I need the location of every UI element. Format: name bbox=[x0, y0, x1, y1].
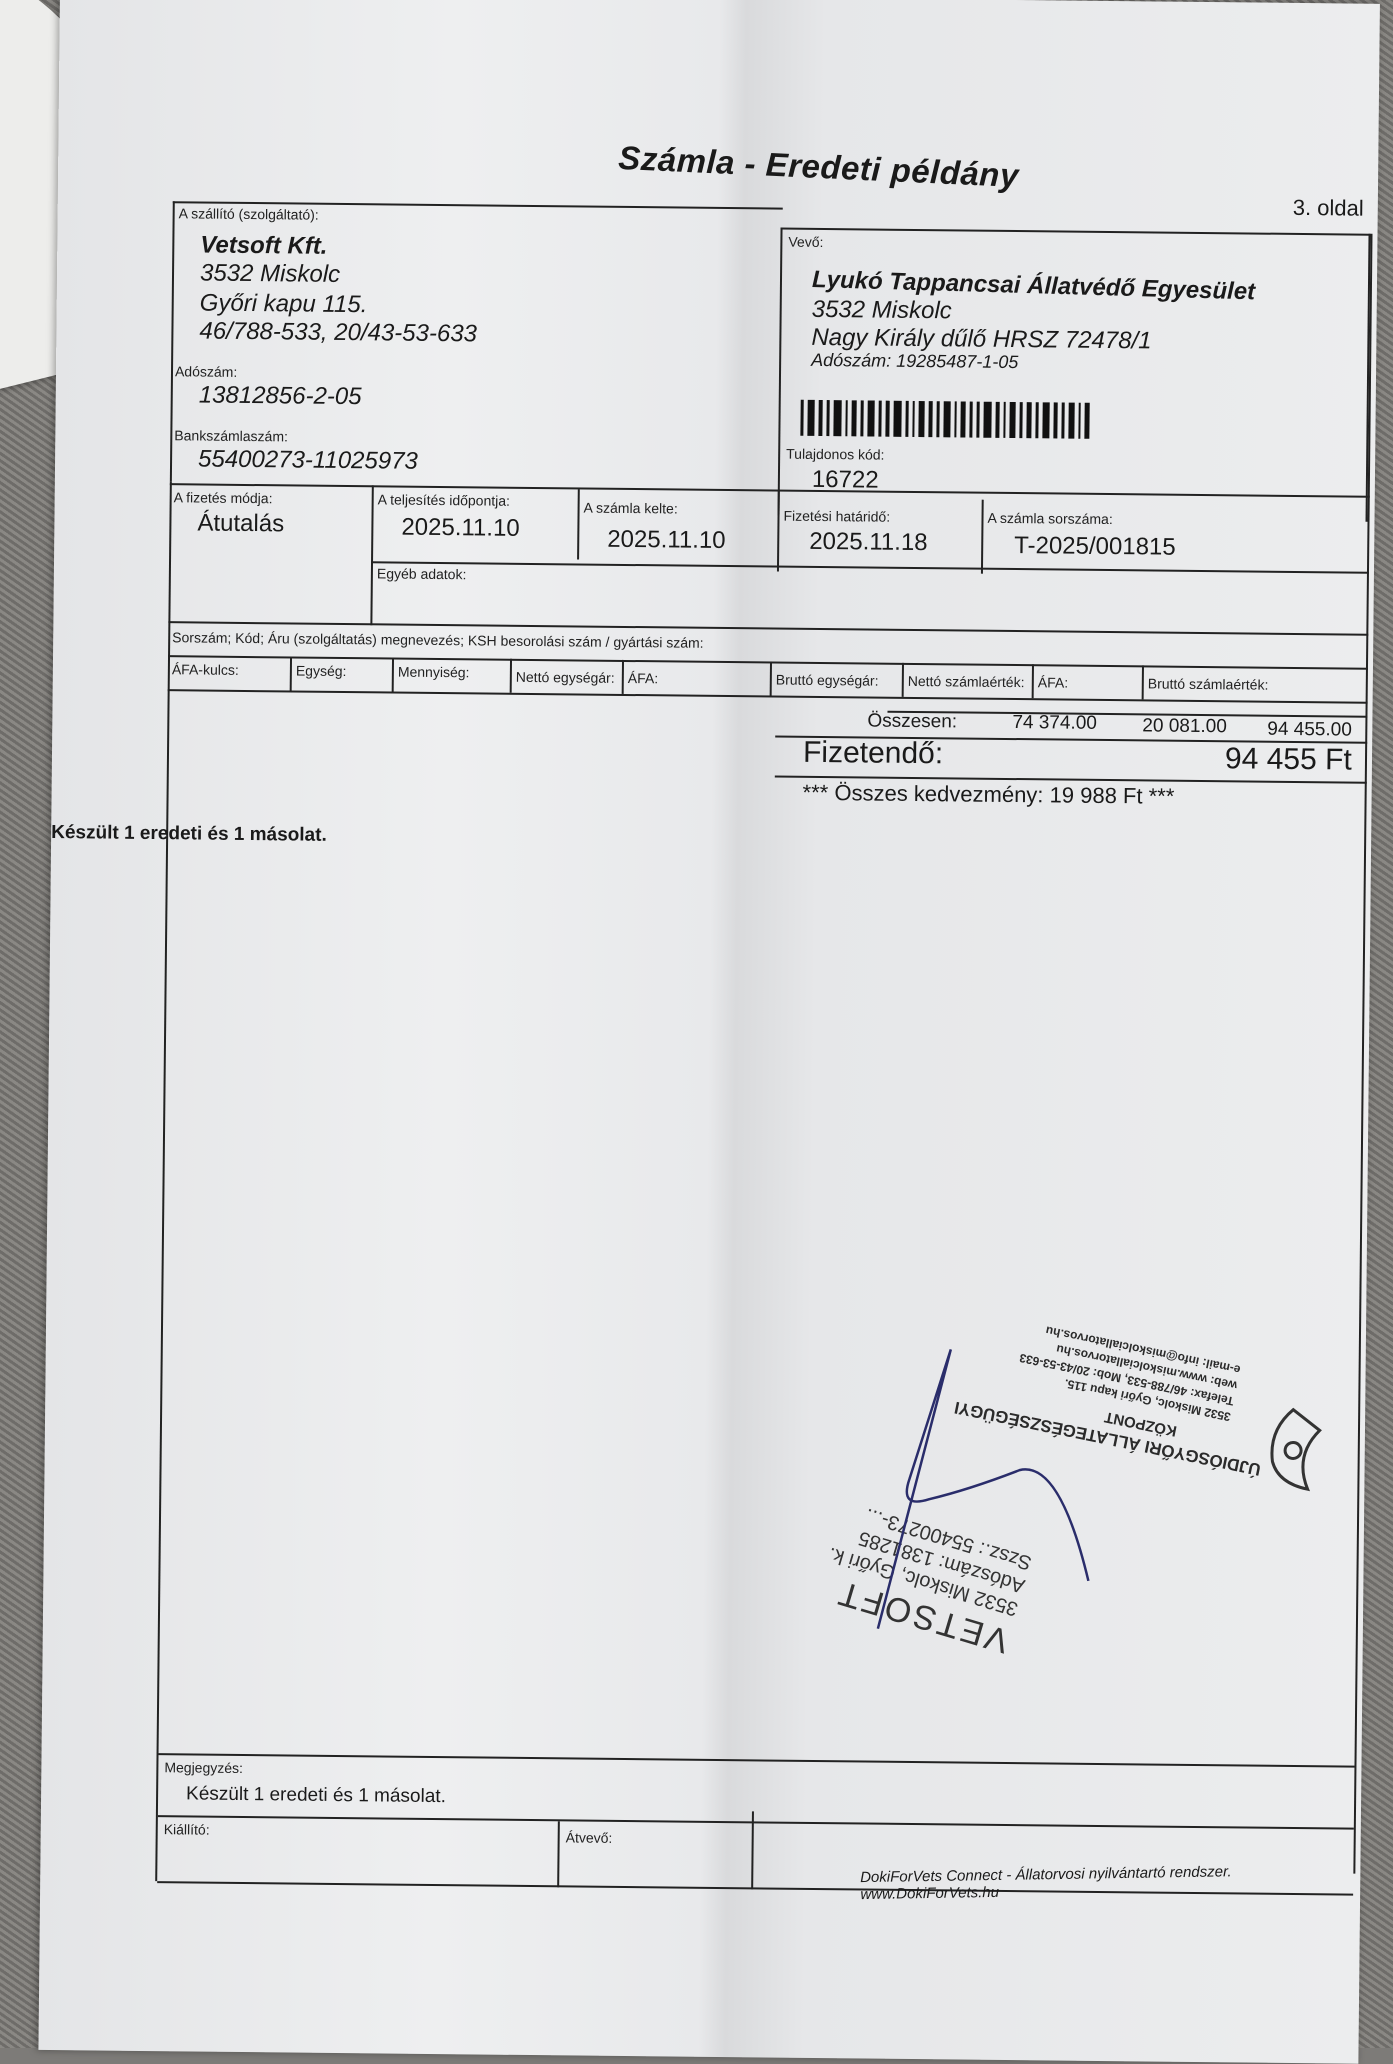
invoice-sheet: Számla - Eredeti példány 3. oldal A szál… bbox=[38, 0, 1379, 2048]
due-date-label: Fizetési határidő: bbox=[783, 508, 890, 525]
column-divider bbox=[622, 660, 624, 694]
divider bbox=[577, 489, 580, 559]
column-divider bbox=[510, 659, 512, 693]
invoice-title: Számla - Eredeti példány bbox=[618, 139, 1020, 195]
totals-gross: 94 455.00 bbox=[1267, 719, 1352, 742]
divider bbox=[370, 485, 373, 625]
items-columns-top bbox=[168, 655, 1368, 670]
remarks-label: Megjegyzés: bbox=[164, 1759, 243, 1776]
other-data-label: Egyéb adatok: bbox=[377, 565, 467, 582]
divider bbox=[981, 500, 984, 574]
table-left-border bbox=[155, 481, 172, 1881]
column-header: ÁFA-kulcs: bbox=[172, 661, 239, 678]
remarks-top bbox=[159, 1753, 1355, 1768]
column-divider bbox=[392, 658, 394, 692]
meta-row-bottom bbox=[371, 561, 1369, 573]
due-date: 2025.11.18 bbox=[809, 528, 928, 557]
column-divider bbox=[1032, 664, 1034, 698]
page-number: 3. oldal bbox=[1293, 195, 1364, 222]
column-header: Nettó egységár: bbox=[516, 669, 615, 686]
items-description-header: Sorszám; Kód; Áru (szolgáltatás) megneve… bbox=[172, 629, 704, 651]
remarks-text: Készült 1 eredeti és 1 másolat. bbox=[186, 1783, 446, 1808]
column-divider bbox=[290, 656, 292, 690]
owner-code-label: Tulajdonos kód: bbox=[786, 446, 884, 463]
payable-label: Fizetendő: bbox=[803, 736, 943, 771]
column-header: ÁFA: bbox=[628, 670, 659, 686]
barcode bbox=[800, 400, 1089, 439]
invoice-serial: T-2025/001815 bbox=[1014, 532, 1176, 562]
totals-vat: 20 081.00 bbox=[1142, 715, 1227, 738]
column-header: Nettó számlaérték: bbox=[908, 673, 1025, 690]
seller-tax-label: Adószám: bbox=[175, 363, 237, 380]
column-header: Bruttó egységár: bbox=[776, 672, 879, 689]
issue-date: 2025.11.10 bbox=[607, 526, 726, 555]
payable-amount: 94 455 Ft bbox=[1225, 742, 1352, 777]
seller-name: Vetsoft Kft. bbox=[200, 231, 327, 260]
seller-tax-number: 13812856-2-05 bbox=[199, 381, 362, 411]
seller-bank-label: Bankszámlaszám: bbox=[174, 427, 288, 444]
signature bbox=[817, 1248, 1341, 1673]
buyer-city: 3532 Miskolc bbox=[812, 296, 952, 325]
buyer-label: Vevő: bbox=[788, 234, 823, 250]
divider bbox=[557, 1821, 560, 1887]
seller-city: 3532 Miskolc bbox=[200, 259, 340, 288]
totals-top bbox=[887, 711, 1367, 718]
column-divider bbox=[902, 663, 904, 697]
copies-note: Készült 1 eredeti és 1 másolat. bbox=[51, 822, 327, 847]
fulfillment-date: 2025.11.10 bbox=[401, 514, 520, 543]
receiver-label: Átvevő: bbox=[566, 1829, 613, 1845]
column-header: Bruttó számlaérték: bbox=[1148, 675, 1269, 692]
column-divider bbox=[1142, 665, 1144, 699]
payment-method: Átutalás bbox=[197, 509, 284, 538]
software-footer: DokiForVets Connect - Állatorvosi nyilvá… bbox=[860, 1861, 1365, 1903]
divider bbox=[777, 490, 780, 572]
totals-sum-label: Összesen: bbox=[867, 710, 957, 733]
divider bbox=[751, 1811, 754, 1889]
column-header: Mennyiség: bbox=[398, 664, 470, 681]
column-header: Egység: bbox=[296, 663, 347, 680]
issuer-label: Kiállító: bbox=[164, 1821, 210, 1837]
seller-phones: 46/788-533, 20/43-53-633 bbox=[199, 317, 477, 348]
payment-method-label: A fizetés módja: bbox=[174, 489, 273, 506]
serial-label: A számla sorszáma: bbox=[987, 510, 1112, 527]
column-header: ÁFA: bbox=[1038, 674, 1069, 690]
issue-date-label: A számla kelte: bbox=[584, 500, 678, 517]
seller-bank-account: 55400273-11025973 bbox=[198, 445, 418, 475]
stamps-and-signature: ÚJDIÓSGYŐRI ÁLLATEGÉSZSÉGÜGYI KÖZPONT 35… bbox=[817, 1248, 1341, 1673]
total-discount: *** Összes kedvezmény: 19 988 Ft *** bbox=[802, 780, 1174, 810]
buyer-tax: Adószám: 19285487-1-05 bbox=[811, 350, 1018, 373]
invoice-document: Számla - Eredeti példány 3. oldal A szál… bbox=[93, 0, 1385, 2048]
seller-street: Győri kapu 115. bbox=[200, 289, 368, 319]
seller-label: A szállító (szolgáltató): bbox=[179, 205, 319, 222]
signature-row-top bbox=[158, 1815, 1354, 1830]
totals-net: 74 374.00 bbox=[1012, 712, 1097, 735]
fulfillment-date-label: A teljesítés időpontja: bbox=[378, 491, 510, 508]
column-divider bbox=[770, 661, 772, 695]
